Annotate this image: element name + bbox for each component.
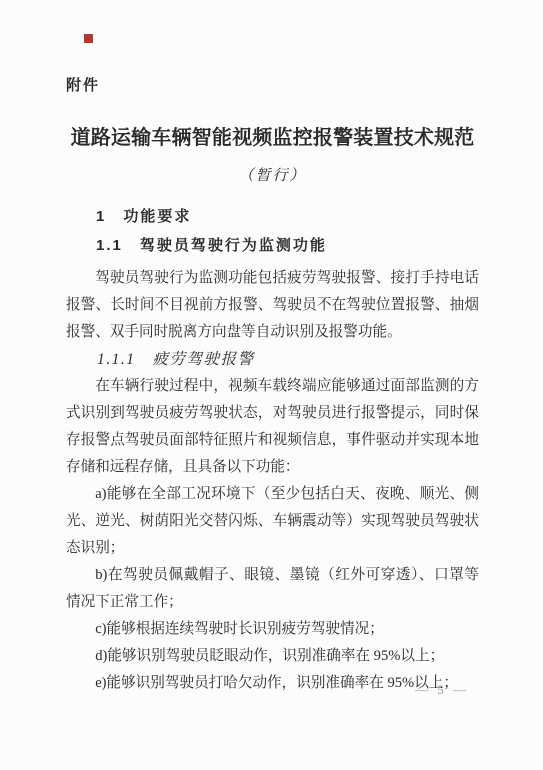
paragraph-driver-behavior-overview: 驾驶员驾驶行为监测功能包括疲劳驾驶报警、接打手持电话报警、长时间不目视前方报警、… bbox=[66, 265, 479, 346]
heading-1-functional-requirements: 1 功能要求 bbox=[66, 203, 479, 230]
attachment-label: 附件 bbox=[66, 76, 479, 96]
document-subtitle: （暂行） bbox=[66, 165, 479, 187]
list-item-a: a)能够在全部工况环境下（至少包括白天、夜晚、顺光、侧光、逆光、树荫阳光交替闪烁… bbox=[66, 481, 479, 562]
heading-1-1-driver-behavior-monitoring: 1.1 驾驶员驾驶行为监测功能 bbox=[66, 232, 479, 259]
list-item-d: d)能够识别驾驶员眨眼动作，识别准确率在 95%以上； bbox=[66, 643, 479, 670]
list-item-c: c)能够根据连续驾驶时长识别疲劳驾驶情况； bbox=[66, 616, 479, 643]
page-number: — 5 — bbox=[415, 681, 469, 699]
page-content: 附件 道路运输车辆智能视频监控报警装置技术规范 （暂行） 1 功能要求 1.1 … bbox=[66, 0, 479, 697]
paragraph-fatigue-driving-description: 在车辆行驶过程中，视频车载终端应能够通过面部监测的方式识别到驾驶员疲劳驾驶状态，… bbox=[66, 373, 479, 481]
heading-1-1-1-fatigue-driving-alarm: 1.1.1 疲劳驾驶报警 bbox=[66, 346, 479, 373]
list-item-b: b)在驾驶员佩戴帽子、眼镜、墨镜（红外可穿透）、口罩等情况下正常工作； bbox=[66, 562, 479, 616]
document-page: 附件 道路运输车辆智能视频监控报警装置技术规范 （暂行） 1 功能要求 1.1 … bbox=[0, 0, 543, 770]
document-title: 道路运输车辆智能视频监控报警装置技术规范 bbox=[66, 124, 479, 152]
